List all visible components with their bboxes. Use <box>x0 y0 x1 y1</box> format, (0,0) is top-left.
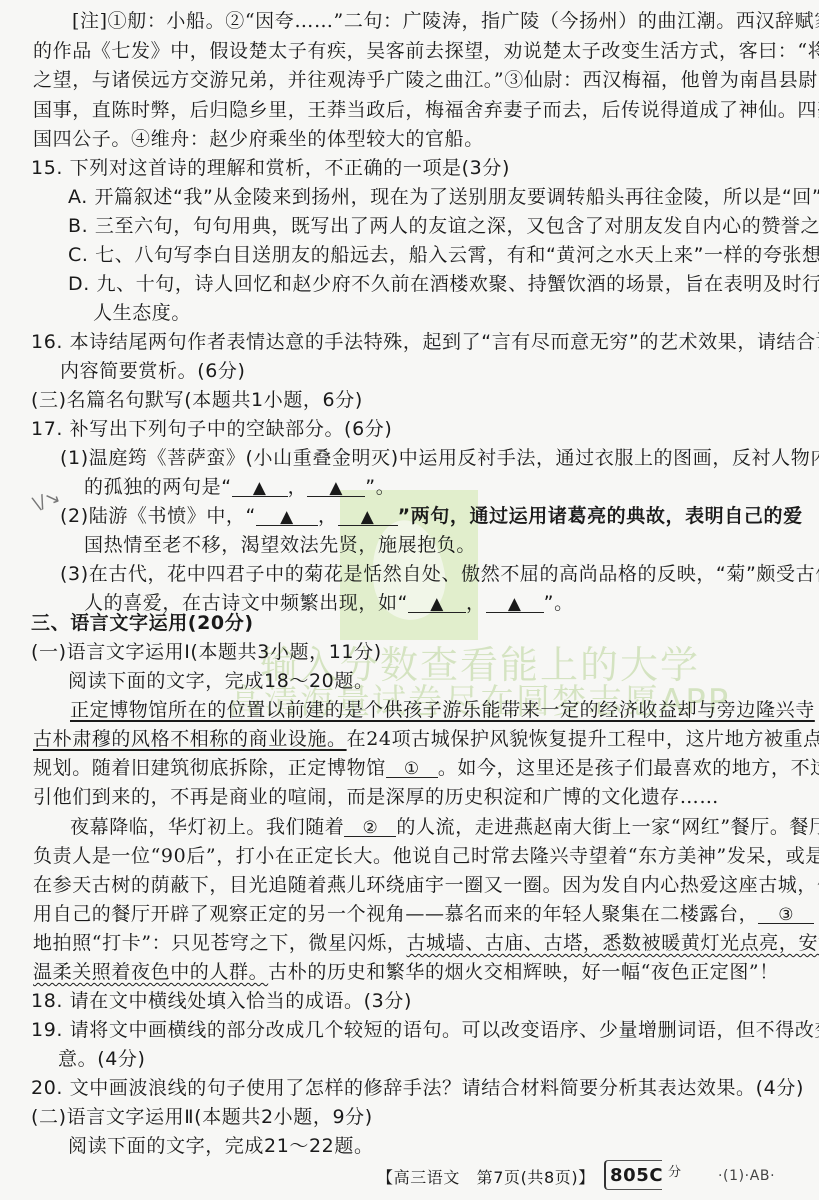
question-19-line2: 意。(4分) <box>58 1046 146 1072</box>
passage-p2-line5: 地拍照“打卡”：只见苍穹之下，微星闪烁，古城墙、古庙、古塔，悉数被暖黄灯光点亮，… <box>33 930 819 956</box>
question-19-line1: 19. 请将文中画横线的部分改成几个较短的语句。可以改变语序、少量增删词语，但不… <box>31 1017 819 1043</box>
note-line: 的作品《七发》中，假设楚太子有疾，吴客前去探望，劝说楚太子改变生活方式，客曰：“… <box>33 38 819 64</box>
passage-p2-line6: 温柔关照着夜色中的人群。古朴的历史和繁华的烟火交相辉映，好一幅“夜色正定图”！ <box>33 959 779 985</box>
triangle-marker-icon: ▲ <box>253 478 267 498</box>
note-line: 之望，与诸侯远方交游兄弟，并往观涛乎广陵之曲江。”③仙尉：西汉梅福，他曾为南昌县… <box>33 67 819 93</box>
q15-option-d-cont: 人生态度。 <box>93 300 191 326</box>
answer-blank[interactable]: ▲ <box>232 474 288 497</box>
question-15-stem: 15. 下列对这首诗的理解和赏析，不正确的一项是(3分) <box>31 155 510 181</box>
question-16-line2: 内容简要赏析。(6分) <box>60 358 246 384</box>
q15-option-d: D. 九、十句，诗人回忆和赵少府不久前在酒楼欢聚、持蟹饮酒的场景，旨在表明及时行… <box>68 271 819 297</box>
question-20: 20. 文中画波浪线的句子使用了怎样的修辞手法？请结合材料简要分析其表达效果。(… <box>31 1075 804 1101</box>
passage-p2-line2: 负责人是一位“90后”，打小在正定长大。他说自己时常去隆兴寺望着“东方美神”发呆… <box>33 843 819 869</box>
passage-p2-line1: 夜幕降临，华灯初上。我们随着②的人流，走进燕赵南大街上一家“网红”餐厅。餐厅 <box>70 814 819 840</box>
answer-blank[interactable]: ▲ <box>486 590 544 613</box>
q17-item2-line1: (2)陆游《书愤》中，“▲，▲”两句，通过运用诸葛亮的典故，表明自己的爱 <box>60 503 803 529</box>
question-16-line1: 16. 本诗结尾两句作者表情达意的手法特殊，起到了“言有尽而意无穷”的艺术效果，… <box>31 329 819 355</box>
exam-page: 输入分数查看能上的大学 高清海量试卷尽在圆梦志愿APP [注]①舠：小船。②“因… <box>0 0 819 1200</box>
question-18: 18. 请在文中横线处填入恰当的成语。(3分) <box>31 988 412 1014</box>
q17-item1-line2: 的孤独的两句是“▲，▲”。 <box>84 474 395 500</box>
footer-scribble: ·(1)·AB· <box>718 1163 775 1189</box>
section-3-title: (三)名篇名句默写(本题共1小题，6分) <box>31 387 363 413</box>
answer-blank[interactable]: ▲ <box>256 503 318 526</box>
q15-option-b: B. 三至六句，句句用典，既写出了两人的友谊之深，又包含了对朋友发自内心的赞誉之… <box>68 213 819 239</box>
passage-p1-line3: 规划。随着旧建筑彻底拆除，正定博物馆①。如今，这里还是孩子们最喜欢的地方，不过吸 <box>33 755 819 781</box>
part-3-title: 三、语言文字运用(20分) <box>31 610 254 636</box>
triangle-marker-icon: ▲ <box>361 507 375 527</box>
passage-blank-3[interactable]: ③ <box>758 901 814 924</box>
passage-p2-line3: 在参天古树的荫蔽下，目光追随着燕儿环绕庙宇一圈又一圈。因为发自内心热爱这座古城，… <box>33 872 819 898</box>
note-line: 国事，直陈时弊，后归隐乡里，王莽当政后，梅福舍弃妻子而去，后传说得道成了神仙。四… <box>33 97 819 123</box>
footer-page-label: 【高三语文 第7页(共8页)】 <box>377 1165 595 1191</box>
part-3-sub1-instruction: 阅读下面的文字，完成18～20题。 <box>68 668 374 694</box>
answer-blank[interactable]: ▲ <box>408 590 466 613</box>
answer-blank[interactable]: ▲ <box>338 503 398 526</box>
passage-p1-line1: 正定博物馆所在的位置以前建的是个供孩子游乐能带来一定的经济收益却与旁边隆兴寺 <box>70 697 815 723</box>
handwritten-mark: \/↘ <box>30 486 63 515</box>
part-3-sub2-title: (二)语言文字运用Ⅱ(本题共2小题，9分) <box>31 1104 373 1130</box>
triangle-marker-icon: ▲ <box>508 594 522 614</box>
q15-option-a: A. 开篇叙述“我”从金陵来到扬州，现在为了送别朋友要调转船头再往金陵，所以是“… <box>68 184 819 210</box>
part-3-sub2-instruction: 阅读下面的文字，完成21～22题。 <box>68 1133 374 1159</box>
passage-p1-line4: 引他们到来的，不再是商业的喧闹，而是深厚的历史积淀和广博的文化遗存…… <box>33 784 719 810</box>
triangle-marker-icon: ▲ <box>329 478 343 498</box>
passage-blank-1[interactable]: ① <box>386 755 438 778</box>
note-line: 国四公子。④维舟：赵少府乘坐的体型较大的官船。 <box>33 126 484 152</box>
question-17-stem: 17. 补写出下列句子中的空缺部分。(6分) <box>31 416 392 442</box>
q15-option-c: C. 七、八句写李白目送朋友的船远去，船入云霄，有和“黄河之水天上来”一样的夸张… <box>68 242 819 268</box>
note-line: [注]①舠：小船。②“因夸……”二句：广陵涛，指广陵（今扬州）的曲江潮。西汉辞赋… <box>72 8 819 34</box>
passage-blank-2[interactable]: ② <box>344 814 396 837</box>
part-3-sub1-title: (一)语言文字运用Ⅰ(本题共3小题，11分) <box>31 639 382 665</box>
q17-item3-line1: (3)在古代，花中四君子中的菊花是恬然自处、傲然不屈的高尚品格的反映，“菊”颇受… <box>60 561 819 587</box>
q17-item2-line2: 国热情至老不移，渴望效法先贤，施展抱负。 <box>84 532 476 558</box>
answer-blank[interactable]: ▲ <box>307 474 365 497</box>
passage-p2-line4: 用自己的餐厅开辟了观察正定的另一个视角——慕名而来的年轻人聚集在二楼露台，③ <box>33 901 814 927</box>
footer-code-tail: 分 <box>668 1160 682 1186</box>
q17-item1-line1: (1)温庭筠《菩萨蛮》(小山重叠金明灭)中运用反衬手法，通过衣服上的图画，反衬人… <box>60 445 819 471</box>
triangle-marker-icon: ▲ <box>430 594 444 614</box>
passage-p1-line2: 古朴肃穆的风格不相称的商业设施。在24项古城保护风貌恢复提升工程中，这片地方被重… <box>33 726 819 752</box>
footer-code: 805C <box>610 1163 663 1189</box>
triangle-marker-icon: ▲ <box>280 507 294 527</box>
